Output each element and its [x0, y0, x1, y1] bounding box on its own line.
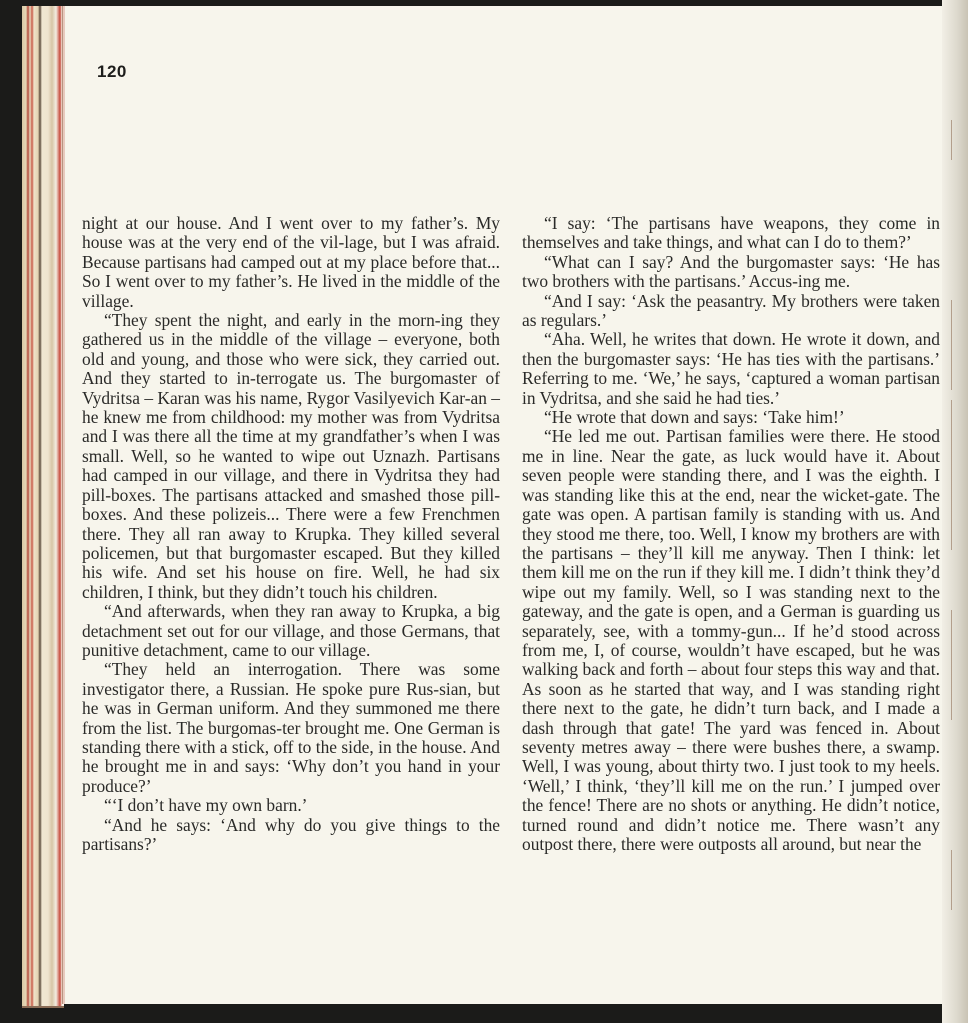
gutter-mark	[951, 400, 952, 550]
paragraph: night at our house. And I went over to m…	[82, 214, 500, 311]
paragraph: “And he says: ‘And why do you give thing…	[82, 816, 500, 855]
paragraph: “He wrote that down and says: ‘Take him!…	[522, 408, 940, 427]
paragraph: “What can I say? And the burgomaster say…	[522, 253, 940, 292]
book-page-edges	[22, 6, 64, 1008]
paragraph: “And I say: ‘Ask the peasantry. My broth…	[522, 292, 940, 331]
paragraph: “‘I don’t have my own barn.’	[82, 796, 500, 815]
facing-page-gutter	[942, 0, 968, 1023]
gutter-mark	[951, 120, 952, 160]
page-number: 120	[97, 62, 127, 82]
gutter-mark	[951, 850, 952, 910]
paragraph: “And afterwards, when they ran away to K…	[82, 602, 500, 660]
paragraph: “Aha. Well, he writes that down. He wrot…	[522, 330, 940, 408]
paragraph: “He led me out. Partisan families were t…	[522, 427, 940, 854]
gutter-mark	[951, 610, 952, 720]
paragraph: “They held an interrogation. There was s…	[82, 660, 500, 796]
text-column-right: “I say: ‘The partisans have weapons, the…	[522, 214, 940, 854]
paragraph: “They spent the night, and early in the …	[82, 311, 500, 602]
paragraph: “I say: ‘The partisans have weapons, the…	[522, 214, 940, 253]
text-column-left: night at our house. And I went over to m…	[82, 214, 500, 854]
gutter-mark	[951, 300, 952, 390]
